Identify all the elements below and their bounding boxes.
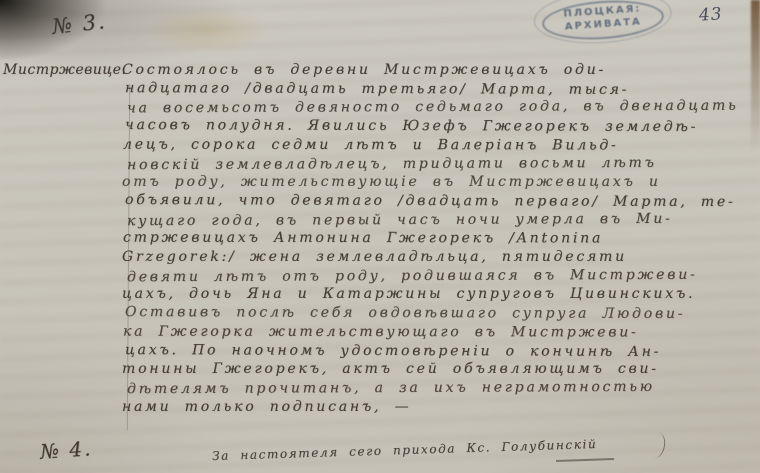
handwritten-line: девяти лѣтъ отъ роду, родившаяся въ Мист… <box>127 265 698 286</box>
handwritten-line: Состоялось въ деревни Мистржевицахъ оди- <box>122 61 606 80</box>
margin-heading: Мистржевице. <box>3 62 123 78</box>
handwritten-line: дѣтелямъ прочитанъ, а за ихъ неграмотнос… <box>127 378 655 399</box>
handwritten-line: цахъ, дочь Яна и Катаржины супруговъ Цив… <box>122 285 695 304</box>
handwritten-line: отъ роду, жительствующіе въ Мистржевицах… <box>122 173 661 192</box>
handwritten-line: цахъ. По наочномъ удостовѣреніи о кончин… <box>125 341 661 362</box>
document-page: ПЛОЦКАЯ: АРХИВАТА 43 № 3. Мистржевице. С… <box>0 0 760 473</box>
handwritten-line: стржевицахъ Антонина Гжегорекъ /Antonina <box>123 229 603 249</box>
page-number: 43 <box>698 4 723 26</box>
handwritten-body: Состоялось въ деревни Мистржевицахъ оди-… <box>122 61 758 416</box>
handwritten-line: ка Гжегорка жительствующаго въ Мистржеви… <box>123 322 639 342</box>
entry-number-4: № 4. <box>39 436 93 464</box>
handwritten-line: надцатаго /двадцать третьяго/ Марта, тыс… <box>125 79 629 99</box>
archive-stamp: ПЛОЦКАЯ: АРХИВАТА <box>539 0 667 44</box>
signature-underline <box>556 458 614 462</box>
handwritten-line: кущаго года, въ первый часъ ночи умерла … <box>127 209 673 230</box>
handwritten-line: нами только подписанъ, — <box>122 398 411 417</box>
handwritten-line: лецъ, сорока седми лѣтъ и Валеріанъ Виль… <box>123 135 619 155</box>
handwritten-line: объявили, что девятаго /двадцать перваго… <box>125 191 736 212</box>
handwritten-line: часовъ полудня. Явились Юзефъ Гжегорекъ … <box>125 116 698 137</box>
handwritten-line: Оставивъ послѣ себя овдовѣвшаго супруга … <box>125 303 685 324</box>
signature-flourish <box>646 431 667 460</box>
entry-number-3: № 3. <box>51 9 108 39</box>
handwritten-line: новскій землевладѣлецъ, тридцати восьми … <box>127 153 657 174</box>
handwritten-line: Grzegorek:/ жена землевладѣльца, пятидес… <box>122 248 627 267</box>
handwritten-line: тонины Гжегорекъ, актъ сей объявляющимъ … <box>122 360 659 379</box>
handwritten-line: ча восемьсотъ девяносто седьмаго года, в… <box>127 97 739 118</box>
priest-signature-note: За настоятеля сего прихода Кс. Голубинск… <box>212 437 598 463</box>
